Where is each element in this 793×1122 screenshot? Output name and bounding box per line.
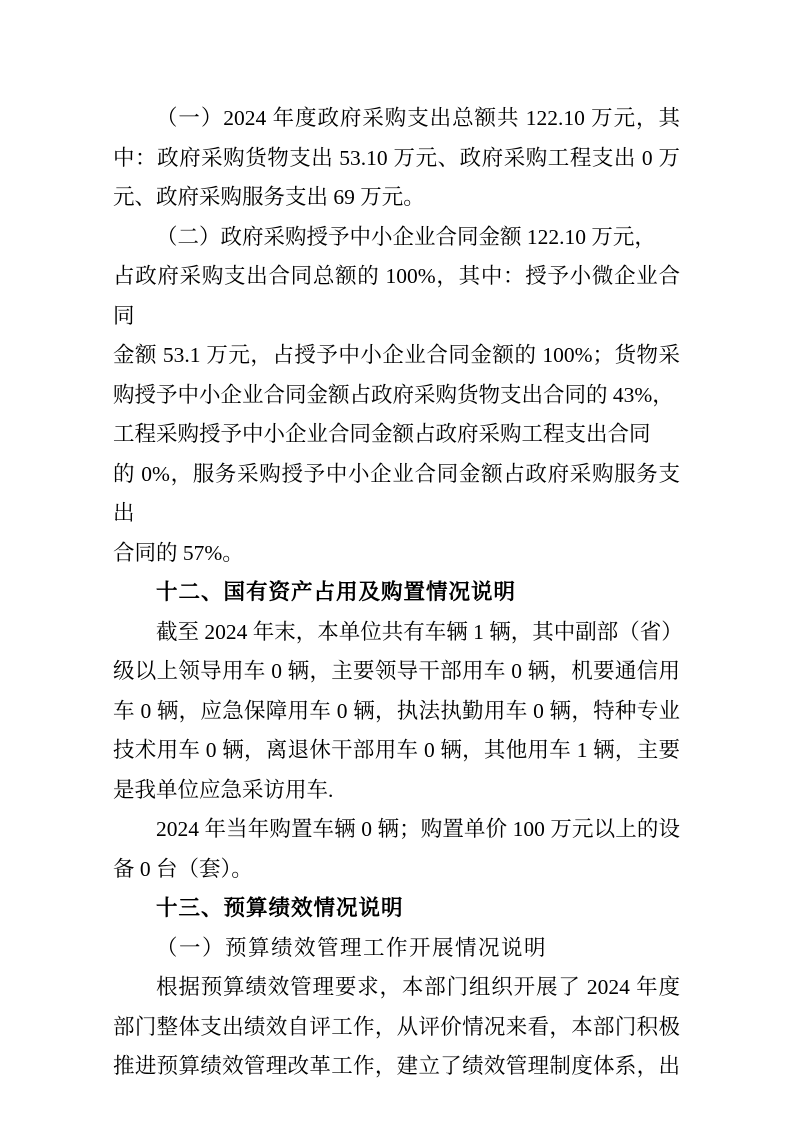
text-line: 截至 2024 年末，本单位共有车辆 1 辆，其中副部（省）	[113, 613, 680, 653]
text-line: 金额 53.1 万元，占授予中小企业合同金额的 100%；货物采	[113, 336, 680, 376]
document-page: （一）2024 年度政府采购支出总额共 122.10 万元，其 中：政府采购货物…	[0, 0, 793, 1122]
section-heading: 十二、国有资产占用及购置情况说明	[113, 573, 680, 613]
text-line: （一）2024 年度政府采购支出总额共 122.10 万元，其	[113, 99, 680, 139]
text-line: 占政府采购支出合同总额的 100%，其中：授予小微企业合同	[113, 257, 680, 336]
text-line: 根据预算绩效管理要求，本部门组织开展了 2024 年度	[113, 968, 680, 1008]
paragraph-vehicles: 截至 2024 年末，本单位共有车辆 1 辆，其中副部（省） 级以上领导用车 0…	[113, 613, 680, 811]
text-line: 元、政府采购服务支出 69 万元。	[113, 178, 680, 218]
text-line: 中：政府采购货物支出 53.10 万元、政府采购工程支出 0 万	[113, 139, 680, 179]
section-13: 十三、预算绩效情况说明	[113, 889, 680, 929]
text-line: 购授予中小企业合同金额占政府采购货物支出合同的 43%，	[113, 376, 680, 416]
subsection-heading: （一）预算绩效管理工作开展情况说明	[113, 929, 680, 969]
text-line: 技术用车 0 辆，离退休干部用车 0 辆，其他用车 1 辆，主要	[113, 731, 680, 771]
text-line: （二）政府采购授予中小企业合同金额 122.10 万元，	[113, 218, 680, 258]
text-line: 的 0%，服务采购授予中小企业合同金额占政府采购服务支出	[113, 455, 680, 534]
text-line: 工程采购授予中小企业合同金额占政府采购工程支出合同	[113, 415, 680, 455]
text-line: 2024 年当年购置车辆 0 辆；购置单价 100 万元以上的设	[113, 810, 680, 850]
paragraph-purchases-2024: 2024 年当年购置车辆 0 辆；购置单价 100 万元以上的设 备 0 台（套…	[113, 810, 680, 889]
paragraph-procurement-total: （一）2024 年度政府采购支出总额共 122.10 万元，其 中：政府采购货物…	[113, 99, 680, 218]
section-12: 十二、国有资产占用及购置情况说明	[113, 573, 680, 613]
section-heading: 十三、预算绩效情况说明	[113, 889, 680, 929]
paragraph-sme-contracts: （二）政府采购授予中小企业合同金额 122.10 万元， 占政府采购支出合同总额…	[113, 218, 680, 574]
paragraph-performance-review: 根据预算绩效管理要求，本部门组织开展了 2024 年度 部门整体支出绩效自评工作…	[113, 968, 680, 1087]
text-line: 车 0 辆，应急保障用车 0 辆，执法执勤用车 0 辆，特种专业	[113, 692, 680, 732]
text-line: 备 0 台（套）。	[113, 850, 680, 890]
text-line: 合同的 57%。	[113, 534, 680, 574]
text-line: 推进预算绩效管理改革工作，建立了绩效管理制度体系，出	[113, 1047, 680, 1087]
subsection-performance: （一）预算绩效管理工作开展情况说明	[113, 929, 680, 969]
text-line: 级以上领导用车 0 辆，主要领导干部用车 0 辆，机要通信用	[113, 652, 680, 692]
text-line: 部门整体支出绩效自评工作，从评价情况来看，本部门积极	[113, 1008, 680, 1048]
text-line: 是我单位应急采访用车.	[113, 771, 680, 811]
